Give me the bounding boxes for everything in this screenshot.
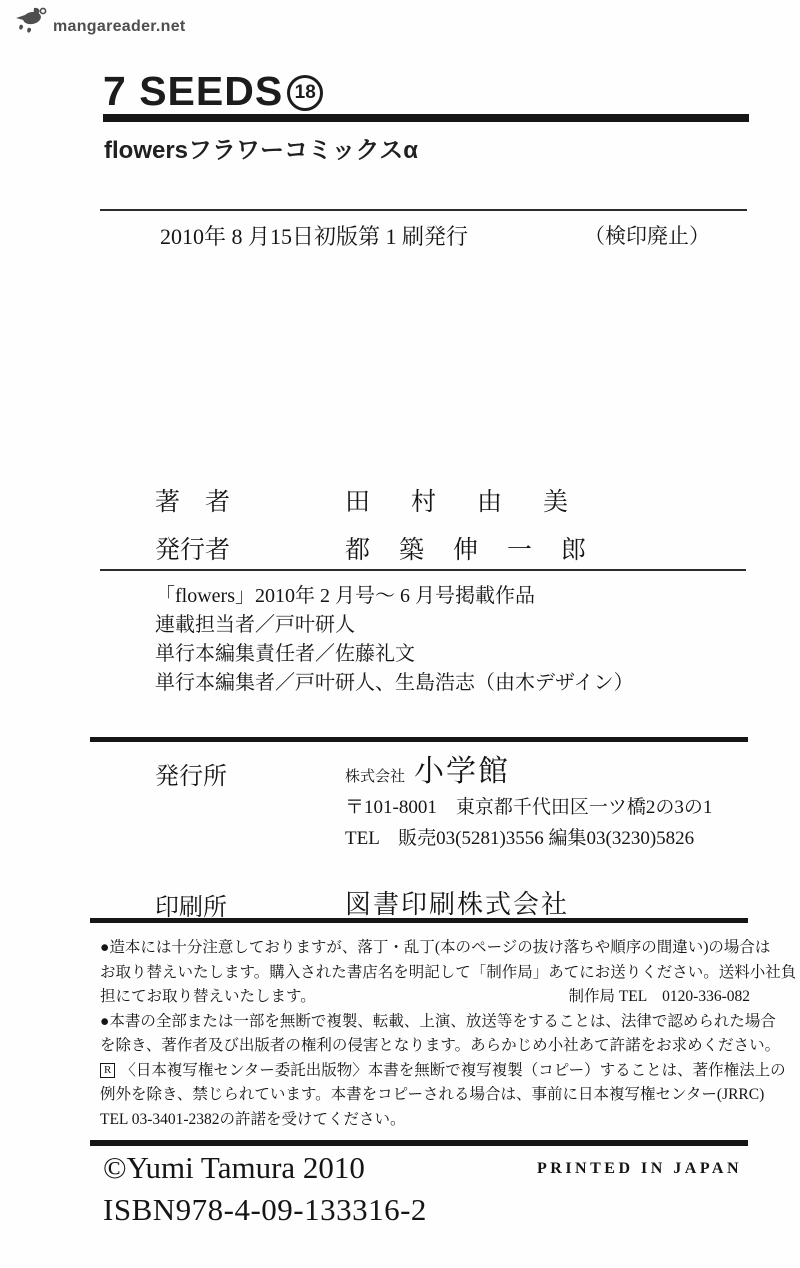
notice-defects-line3-left: 担にてお取り替えいたします。 — [100, 985, 316, 1010]
serialization-line: 「flowers」2010年 2 月号～ 6 月号掲載作品 — [155, 582, 634, 611]
notice-jrrc-line1: R〈日本複写権センター委託出版物〉本書を無断で複写複製（コピー）することは、著作… — [100, 1059, 750, 1084]
publisher-telephone: TEL 販売03(5281)3556 編集03(3230)5826 — [345, 823, 694, 850]
notices-top-rule — [90, 918, 748, 923]
watermark: mangareader.net — [12, 5, 186, 44]
volume-number-badge: 18 — [287, 75, 323, 111]
publishing-house-label: 発行所 — [155, 756, 227, 791]
footer-rule — [90, 1140, 748, 1146]
book-title-row: 7 SEEDS 18 — [103, 68, 323, 115]
notice-defects-line2: お取り替えいたします。購入された書店名を明記して「制作局」あてにお送りください。… — [100, 961, 750, 986]
edition-row: 2010年 8 月15日初版第 1 刷発行 （検印廃止） — [160, 220, 710, 251]
book-title: 7 SEEDS — [103, 68, 283, 115]
serialization-line: 連載担当者／戸叶研人 — [155, 611, 634, 640]
notice-defects-line1: ●造本には十分注意しておりますが、落丁・乱丁(本のページの抜け落ちや順序の間違い… — [100, 936, 750, 961]
company-name: 小学館 — [414, 746, 510, 790]
notice-jrrc-line2: 例外を除き、禁じられています。本書をコピーされる場合は、事前に日本複写権センター… — [100, 1083, 750, 1108]
colophon-page: mangareader.net 7 SEEDS 18 flowersフラワーコミ… — [0, 0, 800, 1268]
edition-rule — [100, 209, 747, 211]
publisher-name: 都 築 伸 一 郎 — [345, 530, 588, 566]
edition-date: 2010年 8 月15日初版第 1 刷発行 — [160, 220, 468, 251]
watermark-site-name: mangareader.net — [53, 18, 186, 36]
publisher-address: 〒101-8001 東京都千代田区一ツ橋2の3の1 — [345, 792, 712, 819]
printed-in-japan-label: PRINTED IN JAPAN — [537, 1160, 742, 1178]
mangareader-logo-icon — [12, 5, 50, 44]
printer-label: 印刷所 — [155, 887, 227, 922]
isbn-number: ISBN978-4-09-133316-2 — [103, 1192, 427, 1228]
copyright-notice: ©Yumi Tamura 2010 — [103, 1150, 365, 1186]
credits-rule — [100, 569, 746, 571]
publishing-company-row: 株式会社 小学館 — [345, 746, 510, 790]
imprint-label: flowersフラワーコミックスα — [104, 130, 418, 165]
publisher-label: 発行者 — [155, 530, 230, 566]
serialization-line: 単行本編集責任者／佐藤礼文 — [155, 640, 634, 669]
legal-notices-block: ●造本には十分注意しておりますが、落丁・乱丁(本のページの抜け落ちや順序の間違い… — [100, 936, 750, 1132]
registered-r-box-icon: R — [100, 1063, 115, 1078]
serialization-line: 単行本編集者／戸叶研人、生島浩志（由木デザイン） — [155, 669, 634, 698]
printer-company-name: 図書印刷株式会社 — [345, 884, 569, 921]
publisher-section-rule — [90, 737, 748, 742]
author-name: 田 村 由 美 — [345, 482, 576, 518]
notice-defects-line3: 担にてお取り替えいたします。 制作局 TEL 0120-336-082 — [100, 985, 750, 1010]
title-rule — [103, 114, 749, 122]
notice-jrrc-line1-text: 〈日本複写権センター委託出版物〉本書を無断で複写複製（コピー）することは、著作権… — [120, 1062, 785, 1079]
notice-copyright-line1: ●本書の全部または一部を無断で複製、転載、上演、放送等をすることは、法律で認めら… — [100, 1010, 750, 1035]
notice-jrrc-line3: TEL 03-3401-2382の許諾を受けてください。 — [100, 1108, 750, 1133]
author-label: 著 者 — [155, 482, 230, 518]
notice-copyright-line2: を除き、著作者及び出版者の権利の侵害となります。あらかじめ小社あて許諾をお求めく… — [100, 1034, 750, 1059]
production-bureau-tel: 制作局 TEL 0120-336-082 — [568, 985, 750, 1010]
stamp-abolition-note: （検印廃止） — [584, 220, 710, 250]
company-prefix: 株式会社 — [345, 765, 405, 786]
serialization-block: 「flowers」2010年 2 月号～ 6 月号掲載作品 連載担当者／戸叶研人… — [155, 582, 634, 698]
